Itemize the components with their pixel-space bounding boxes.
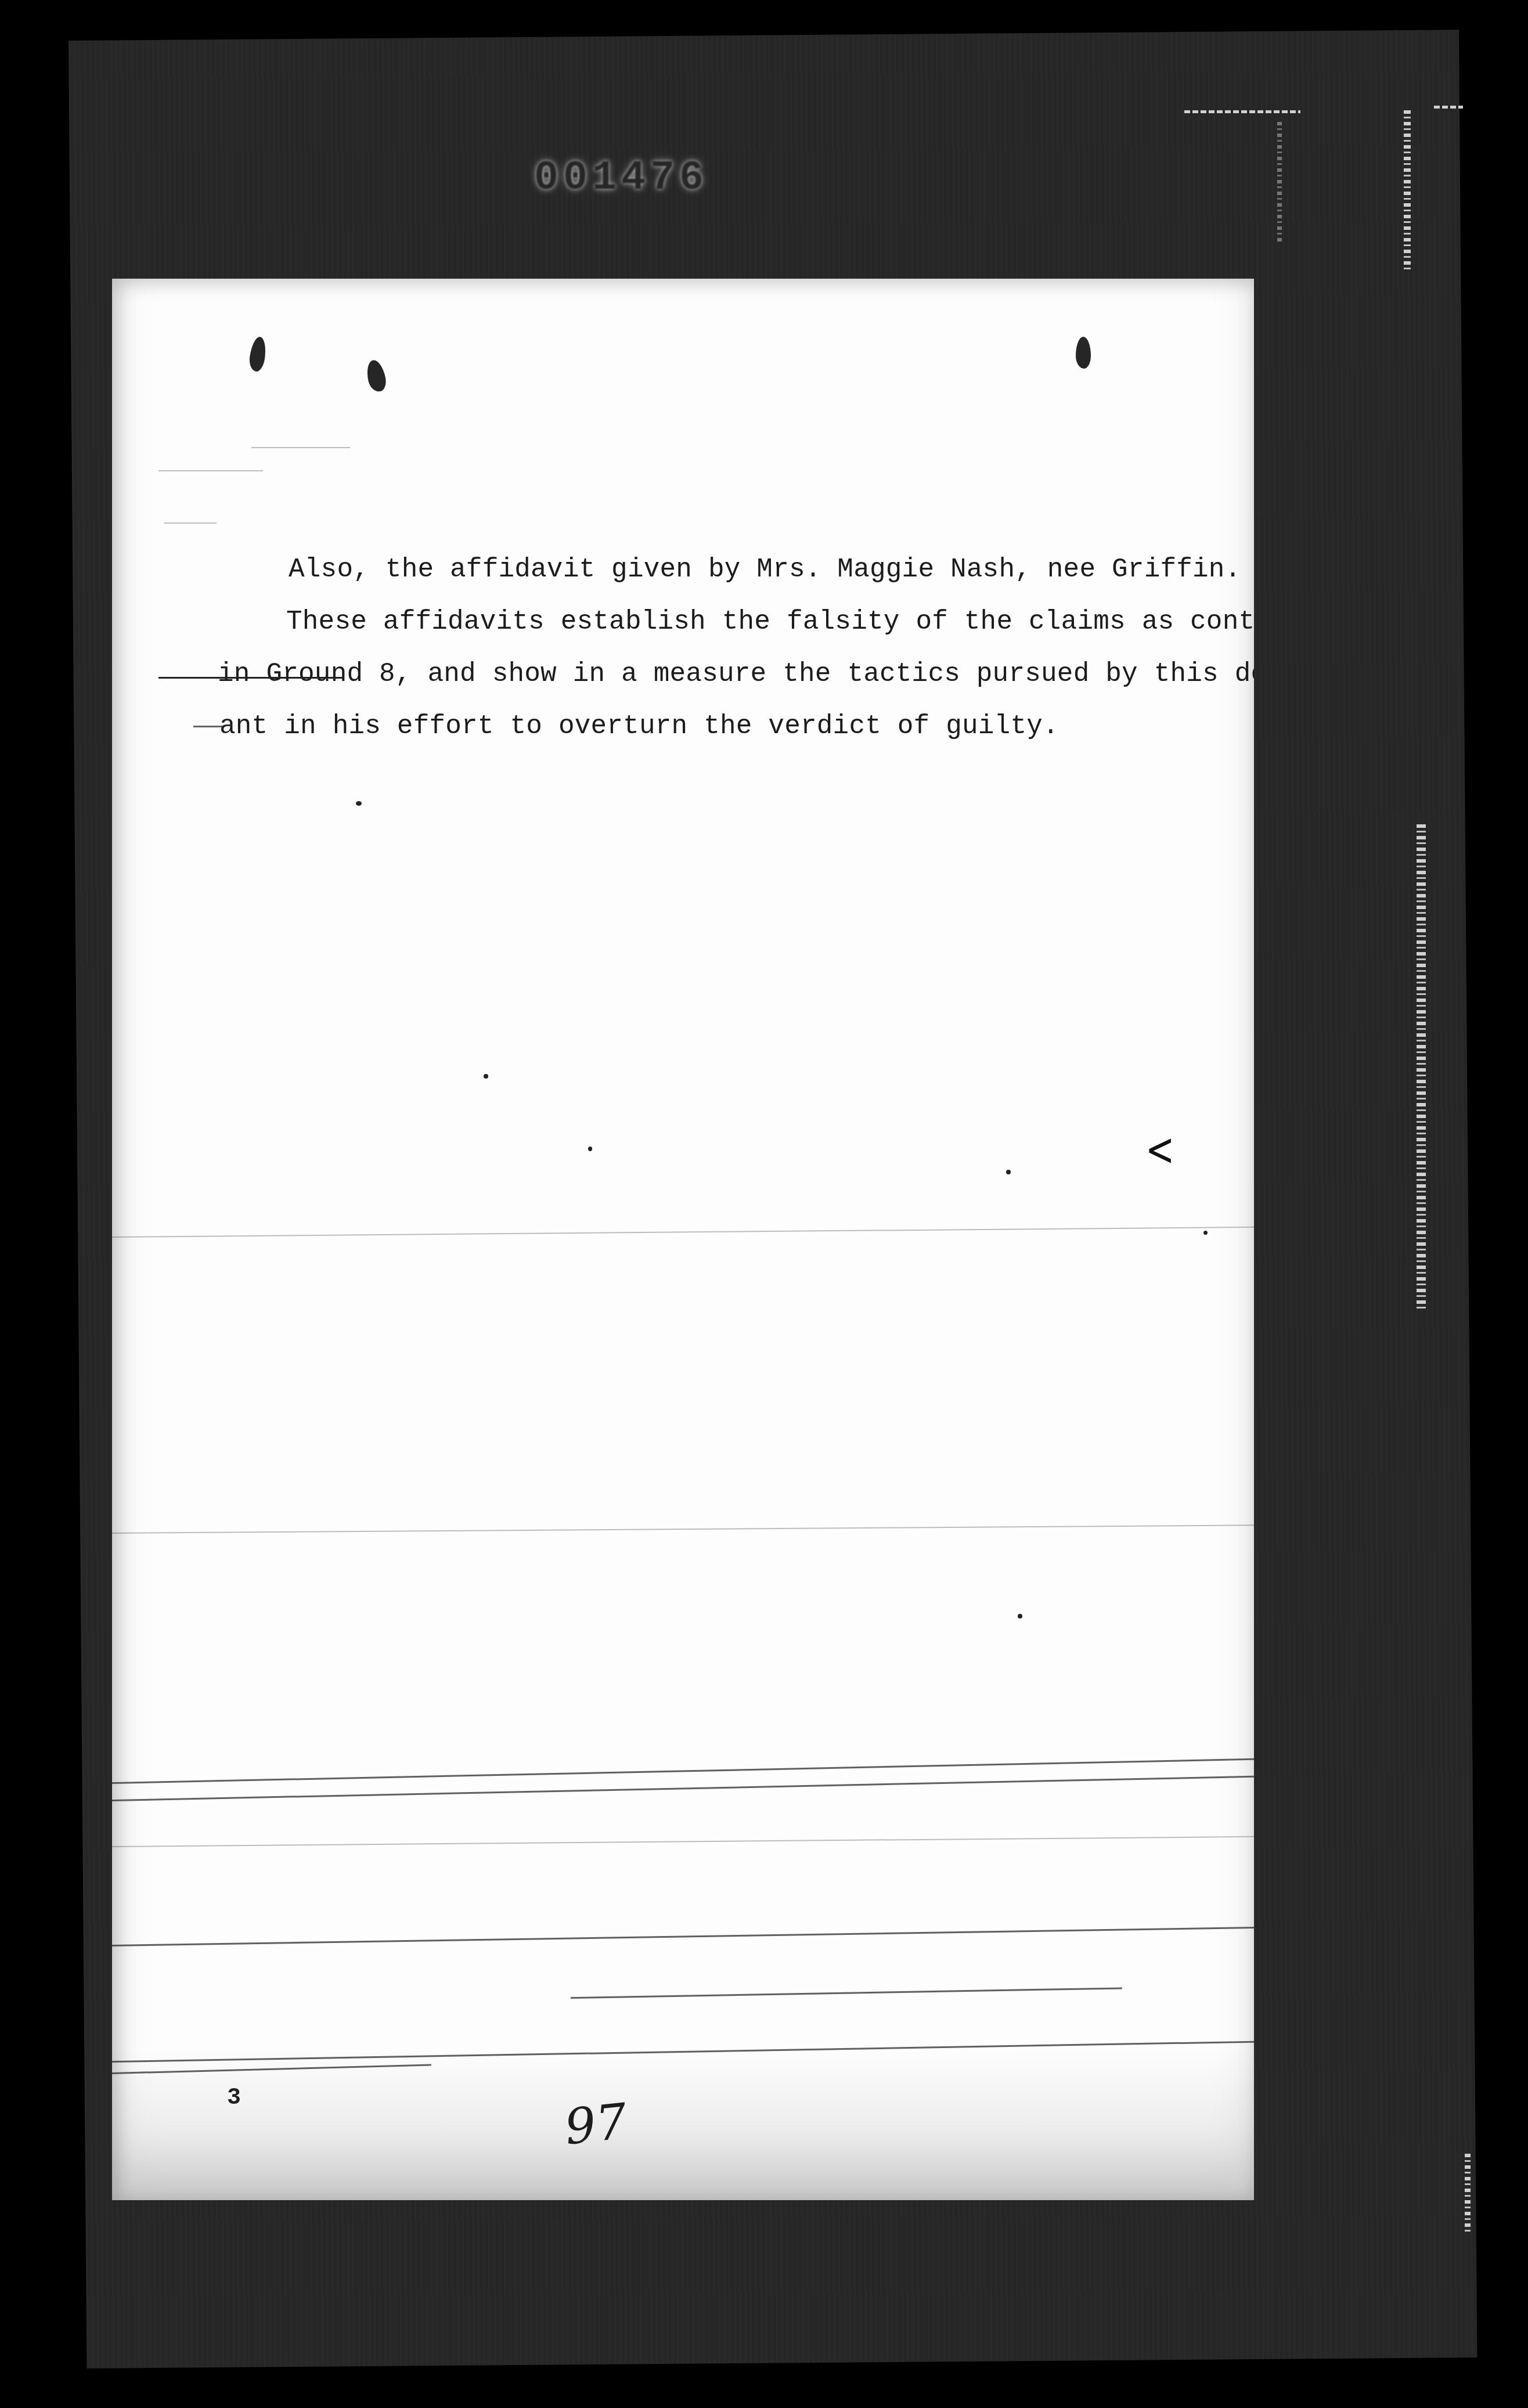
film-scratch (1417, 824, 1426, 1312)
strikethrough-mark (158, 677, 344, 679)
typed-page-number: 3 (227, 2085, 241, 2111)
film-scratch (1434, 106, 1463, 109)
body-line: ant in his effort to overturn the verdic… (219, 713, 1059, 740)
frame-number-stamp: 001476 (534, 156, 708, 201)
film-scratch (1277, 122, 1282, 244)
body-line: in Ground 8, and show in a measure the t… (218, 661, 1254, 687)
body-line: Also, the affidavit given by Mrs. Maggie… (289, 556, 1241, 583)
body-line: These affidavits establish the falsity o… (286, 608, 1254, 635)
document-page: Also, the affidavit given by Mrs. Maggie… (112, 279, 1254, 2200)
margin-mark: < (1145, 1124, 1174, 1177)
film-scratch (1184, 110, 1300, 113)
film-scratch (1404, 110, 1411, 273)
handwritten-page-number: 97 (562, 2093, 630, 2156)
film-scratch (1465, 2154, 1471, 2235)
margin-dash (193, 726, 222, 727)
body-text: Also, the affidavit given by Mrs. Maggie… (112, 279, 1254, 2200)
